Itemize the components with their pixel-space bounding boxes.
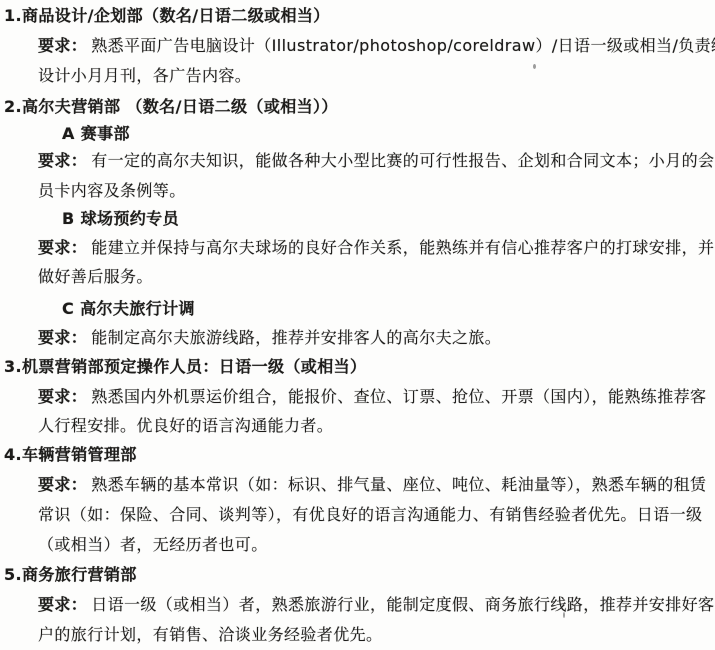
section-1-requirement-line: 要求：熟悉平面广告电脑设计（Illustrator/photoshop/core…: [38, 36, 715, 56]
section-4-requirement-continuation: 常识（如：保险、合同、谈判等），有优良好的语言沟通能力、有销售经验者优先。日语一…: [38, 505, 702, 525]
requirement-text: 能制定高尔夫旅游线路，推荐并安排客人的高尔夫之旅。: [91, 328, 501, 347]
subsection-a-requirement-line: 要求：有一定的高尔夫知识，能做各种大小型比赛的可行性报告、企划和合同文本；小月的…: [38, 151, 714, 171]
scan-artifact: [563, 612, 565, 618]
section-5-requirement-continuation: 户的旅行计划，有销售、洽谈业务经验者优先。: [38, 625, 382, 645]
section-4-requirement-line: 要求：熟悉车辆的基本常识（如：标识、排气量、座位、吨位、耗油量等），熟悉车辆的租…: [38, 475, 706, 495]
section-1-requirement-continuation: 设计小月月刊，各广告内容。: [38, 66, 251, 86]
subsection-a-requirement-continuation: 员卡内容及条例等。: [38, 181, 186, 201]
requirement-text: 有一定的高尔夫知识，能做各种大小型比赛的可行性报告、企划和合同文本；小月的会: [91, 151, 714, 170]
requirement-text: 能建立并保持与高尔夫球场的良好合作关系，能熟练并有信心推荐客户的打球安排，并: [91, 238, 714, 257]
requirement-label: 要求：: [38, 595, 87, 614]
section-3-requirement-line: 要求：熟悉国内外机票运价组合，能报价、查位、订票、抢位、开票（国内），能熟练推荐…: [38, 387, 706, 407]
subsection-b-requirement-line: 要求：能建立并保持与高尔夫球场的良好合作关系，能熟练并有信心推荐客户的打球安排，…: [38, 238, 714, 258]
requirement-text: 熟悉国内外机票运价组合，能报价、查位、订票、抢位、开票（国内），能熟练推荐客: [91, 387, 706, 406]
requirement-text: 熟悉车辆的基本常识（如：标识、排气量、座位、吨位、耗油量等），熟悉车辆的租赁: [91, 475, 706, 494]
requirement-text: 日语一级（或相当）者，熟悉旅游行业，能制定度假、商务旅行线路，推荐并安排好客: [91, 595, 714, 614]
requirement-label: 要求：: [38, 328, 87, 347]
requirement-label: 要求：: [38, 387, 87, 406]
section-4-requirement-continuation-2: （或相当）者，无经历者也可。: [38, 535, 268, 555]
section-2-heading: 2.高尔夫营销部 （数名/日语二级（或相当））: [4, 97, 338, 117]
requirement-text: 熟悉平面广告电脑设计（Illustrator/photoshop/coreldr…: [91, 36, 715, 55]
section-4-heading: 4.车辆营销管理部: [4, 445, 137, 465]
requirement-label: 要求：: [38, 151, 87, 170]
requirement-label: 要求：: [38, 36, 87, 55]
scan-artifact: [533, 64, 536, 69]
subsection-b-heading: B 球场预约专员: [62, 209, 179, 229]
subsection-c-requirement-line: 要求：能制定高尔夫旅游线路，推荐并安排客人的高尔夫之旅。: [38, 328, 501, 348]
section-5-heading: 5.商务旅行营销部: [4, 565, 137, 585]
section-5-requirement-line: 要求：日语一级（或相当）者，熟悉旅游行业，能制定度假、商务旅行线路，推荐并安排好…: [38, 595, 714, 615]
subsection-c-heading: C 高尔夫旅行计调: [62, 299, 195, 319]
requirement-label: 要求：: [38, 475, 87, 494]
section-3-heading: 3.机票营销部预定操作人员：日语一级（或相当）: [4, 357, 366, 377]
scanned-document-page: 1.商品设计/企划部（数名/日语二级或相当） 要求：熟悉平面广告电脑设计（Ill…: [0, 0, 715, 650]
section-1-heading: 1.商品设计/企划部（数名/日语二级或相当）: [4, 6, 330, 26]
requirement-label: 要求：: [38, 238, 87, 257]
section-3-requirement-continuation: 人行程安排。优良好的语言沟通能力者。: [38, 416, 333, 436]
subsection-b-requirement-continuation: 做好善后服务。: [38, 267, 153, 287]
subsection-a-heading: A 赛事部: [62, 124, 130, 144]
